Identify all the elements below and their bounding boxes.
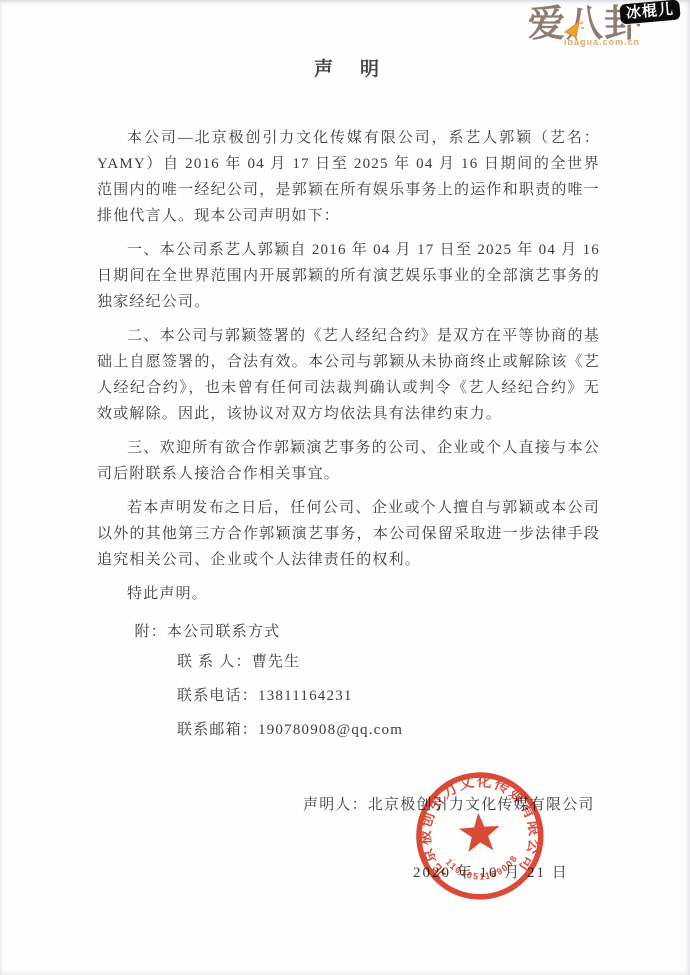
contact-person-line: 联 系 人：曹先生: [97, 645, 600, 679]
statement-intro-paragraph: 本公司—北京极创引力文化传媒有限公司，系艺人郭颖（艺名：YAMY）自 2016 …: [97, 125, 600, 229]
declarant-label: 声明人：: [303, 797, 368, 813]
statement-item-2: 二、本公司与郭颖签署的《艺人经纪合约》是双方在平等协商的基础上自愿签署的，合法有…: [97, 323, 600, 427]
brand-char-left: 爱: [528, 4, 566, 45]
scanned-statement-page: 冰棍儿 爱八卦 ibagua.com.cn 声 明 本公司—北京极创引力文化传媒…: [0, 0, 690, 975]
page-title: 声 明: [97, 54, 600, 81]
document-content: 声 明 本公司—北京极创引力文化传媒有限公司，系艺人郭颖（艺名：YAMY）自 2…: [0, 0, 690, 747]
contact-email-value: 190780908@qq.com: [258, 722, 403, 738]
contact-person-label: 联 系 人：: [177, 654, 252, 670]
company-seal-stamp: 北京极创引力文化传媒有限公司 1101051169008: [406, 764, 553, 911]
statement-closing: 特此声明。: [97, 581, 600, 607]
statement-item-3: 三、欢迎所有欲合作郭颖演艺事务的公司、企业或个人直接与本公司后附联系人接洽合作相…: [97, 435, 600, 487]
contact-phone-label: 联系电话：: [177, 688, 258, 704]
site-logo: 冰棍儿 爱八卦 ibagua.com.cn: [528, 6, 688, 47]
attachment-heading: 附：本公司联系方式: [97, 619, 600, 645]
contact-email-line: 联系邮箱：190780908@qq.com: [97, 713, 600, 747]
statement-warning-paragraph: 若本声明发布之日后，任何公司、企业或个人擅自与郭颖或本公司以外的其他第三方合作郭…: [97, 495, 600, 573]
contact-phone-line: 联系电话：13811164231: [97, 679, 600, 713]
brand-char-mid: 八: [566, 6, 604, 43]
contact-phone-value: 13811164231: [258, 688, 353, 704]
contact-email-label: 联系邮箱：: [177, 722, 258, 738]
megaphone-icon: [563, 19, 585, 41]
statement-item-1: 一、本公司系艺人郭颖自 2016 年 04 月 17 日至 2025 年 04 …: [97, 237, 600, 315]
seal-number-text: 1101051169008: [443, 852, 521, 884]
contact-person-value: 曹先生: [252, 654, 301, 670]
seal-star-icon: [458, 811, 501, 852]
